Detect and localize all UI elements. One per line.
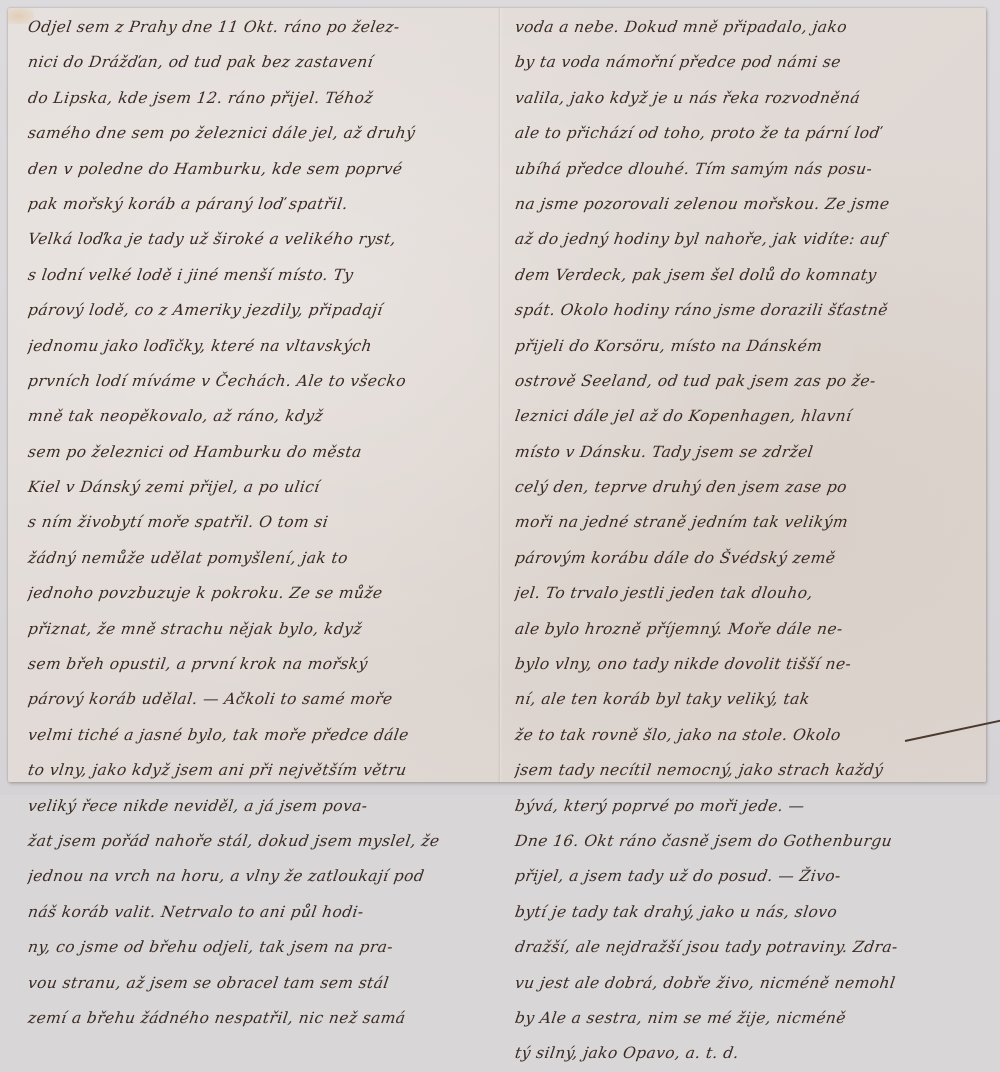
handwritten-line: moři na jedné straně jedním tak velikým [513, 505, 988, 540]
handwritten-line: mně tak neopěkovalo, až ráno, když [26, 399, 501, 434]
handwritten-line: párový lodě, co z Ameriky jezdily, připa… [26, 293, 501, 328]
handwritten-line: že to tak rovně šlo, jako na stole. Okol… [513, 718, 988, 753]
handwritten-line: jel. To trvalo jestli jeden tak dlouho, [513, 576, 988, 611]
handwritten-line: velmi tiché a jasné bylo, tak moře předc… [26, 718, 501, 753]
handwritten-line: jsem tady necítil nemocný, jako strach k… [513, 753, 988, 788]
handwritten-line: jednoho povzbuzuje k pokroku. Ze se může [26, 576, 501, 611]
handwritten-line: Velká loďka je tady už široké a velikého… [26, 222, 501, 257]
handwritten-line: ubíhá předce dlouhé. Tím samým nás posu- [513, 152, 988, 187]
handwritten-line: s ním živobytí moře spatřil. O tom si [26, 505, 501, 540]
handwritten-line: bývá, který poprvé po moři jede. — [513, 789, 988, 795]
handwritten-line: den v poledne do Hamburku, kde sem poprv… [26, 152, 501, 187]
handwritten-line: až do jedný hodiny byl nahoře, jak vidít… [513, 222, 988, 257]
handwritten-line: celý den, teprve druhý den jsem zase po [513, 470, 988, 505]
handwritten-line: Kiel v Dánský zemi přijel, a po ulicí [26, 470, 501, 505]
right-page: voda a nebe. Dokud mně připadalo, jako b… [515, 10, 985, 750]
handwritten-line: ale bylo hrozně příjemný. Moře dále ne- [513, 612, 988, 647]
left-page: Odjel sem z Prahy dne 11 Okt. ráno po že… [28, 10, 498, 750]
handwritten-line: místo v Dánsku. Tady jsem se zdržel [513, 435, 988, 470]
handwritten-line: leznici dále jel až do Kopenhagen, hlavn… [513, 399, 988, 434]
handwritten-line: by ta voda námořní předce pod námi se [513, 45, 988, 80]
handwritten-line: ní, ale ten koráb byl taky veliký, tak [513, 682, 988, 717]
handwritten-line: valila, jako když je u nás řeka rozvodně… [513, 81, 988, 116]
handwritten-line: jednomu jako loďičky, které na vltavskýc… [26, 329, 501, 364]
handwritten-line: nici do Drážďan, od tud pak bez zastaven… [26, 45, 501, 80]
handwritten-line: dem Verdeck, pak jsem šel dolů do komnat… [513, 258, 988, 293]
handwritten-line: sem po železnici od Hamburku do města [26, 435, 501, 470]
handwritten-line: prvních lodí míváme v Čechách. Ale to vš… [26, 364, 501, 399]
handwritten-line: sem břeh opustil, a první krok na mořský [26, 647, 501, 682]
handwritten-line: voda a nebe. Dokud mně připadalo, jako [513, 10, 988, 45]
handwritten-line: veliký řece nikde neviděl, a já jsem pov… [26, 789, 501, 795]
handwritten-line: to vlny, jako když jsem ani při největší… [26, 753, 501, 788]
handwritten-line: na jsme pozorovali zelenou mořskou. Ze j… [513, 187, 988, 222]
handwritten-line: přiznat, že mně strachu nějak bylo, když [26, 612, 501, 647]
handwritten-line: přijeli do Korsöru, místo na Dánském [513, 329, 988, 364]
handwritten-line: samého dne sem po železnici dále jel, až… [26, 116, 501, 151]
handwritten-line: pak mořský koráb a páraný loď spatřil. [26, 187, 501, 222]
handwritten-line: Odjel sem z Prahy dne 11 Okt. ráno po že… [26, 10, 501, 45]
handwritten-line: bylo vlny, ono tady nikde dovolit tišší … [513, 647, 988, 682]
handwritten-line: do Lipska, kde jsem 12. ráno přijel. Téh… [26, 81, 501, 116]
handwritten-line: s lodní velké lodě i jiné menší místo. T… [26, 258, 501, 293]
handwritten-line: párový koráb udělal. — Ačkoli to samé mo… [26, 682, 501, 717]
handwritten-line: párovým korábu dále do Švédský země [513, 541, 988, 576]
handwritten-line: ostrově Seeland, od tud pak jsem zas po … [513, 364, 988, 399]
handwritten-line: žádný nemůže udělat pomyšlení, jak to [26, 541, 501, 576]
handwritten-line: spát. Okolo hodiny ráno jsme dorazili šť… [513, 293, 988, 328]
handwritten-line: ale to přichází od toho, proto že ta pár… [513, 116, 988, 151]
